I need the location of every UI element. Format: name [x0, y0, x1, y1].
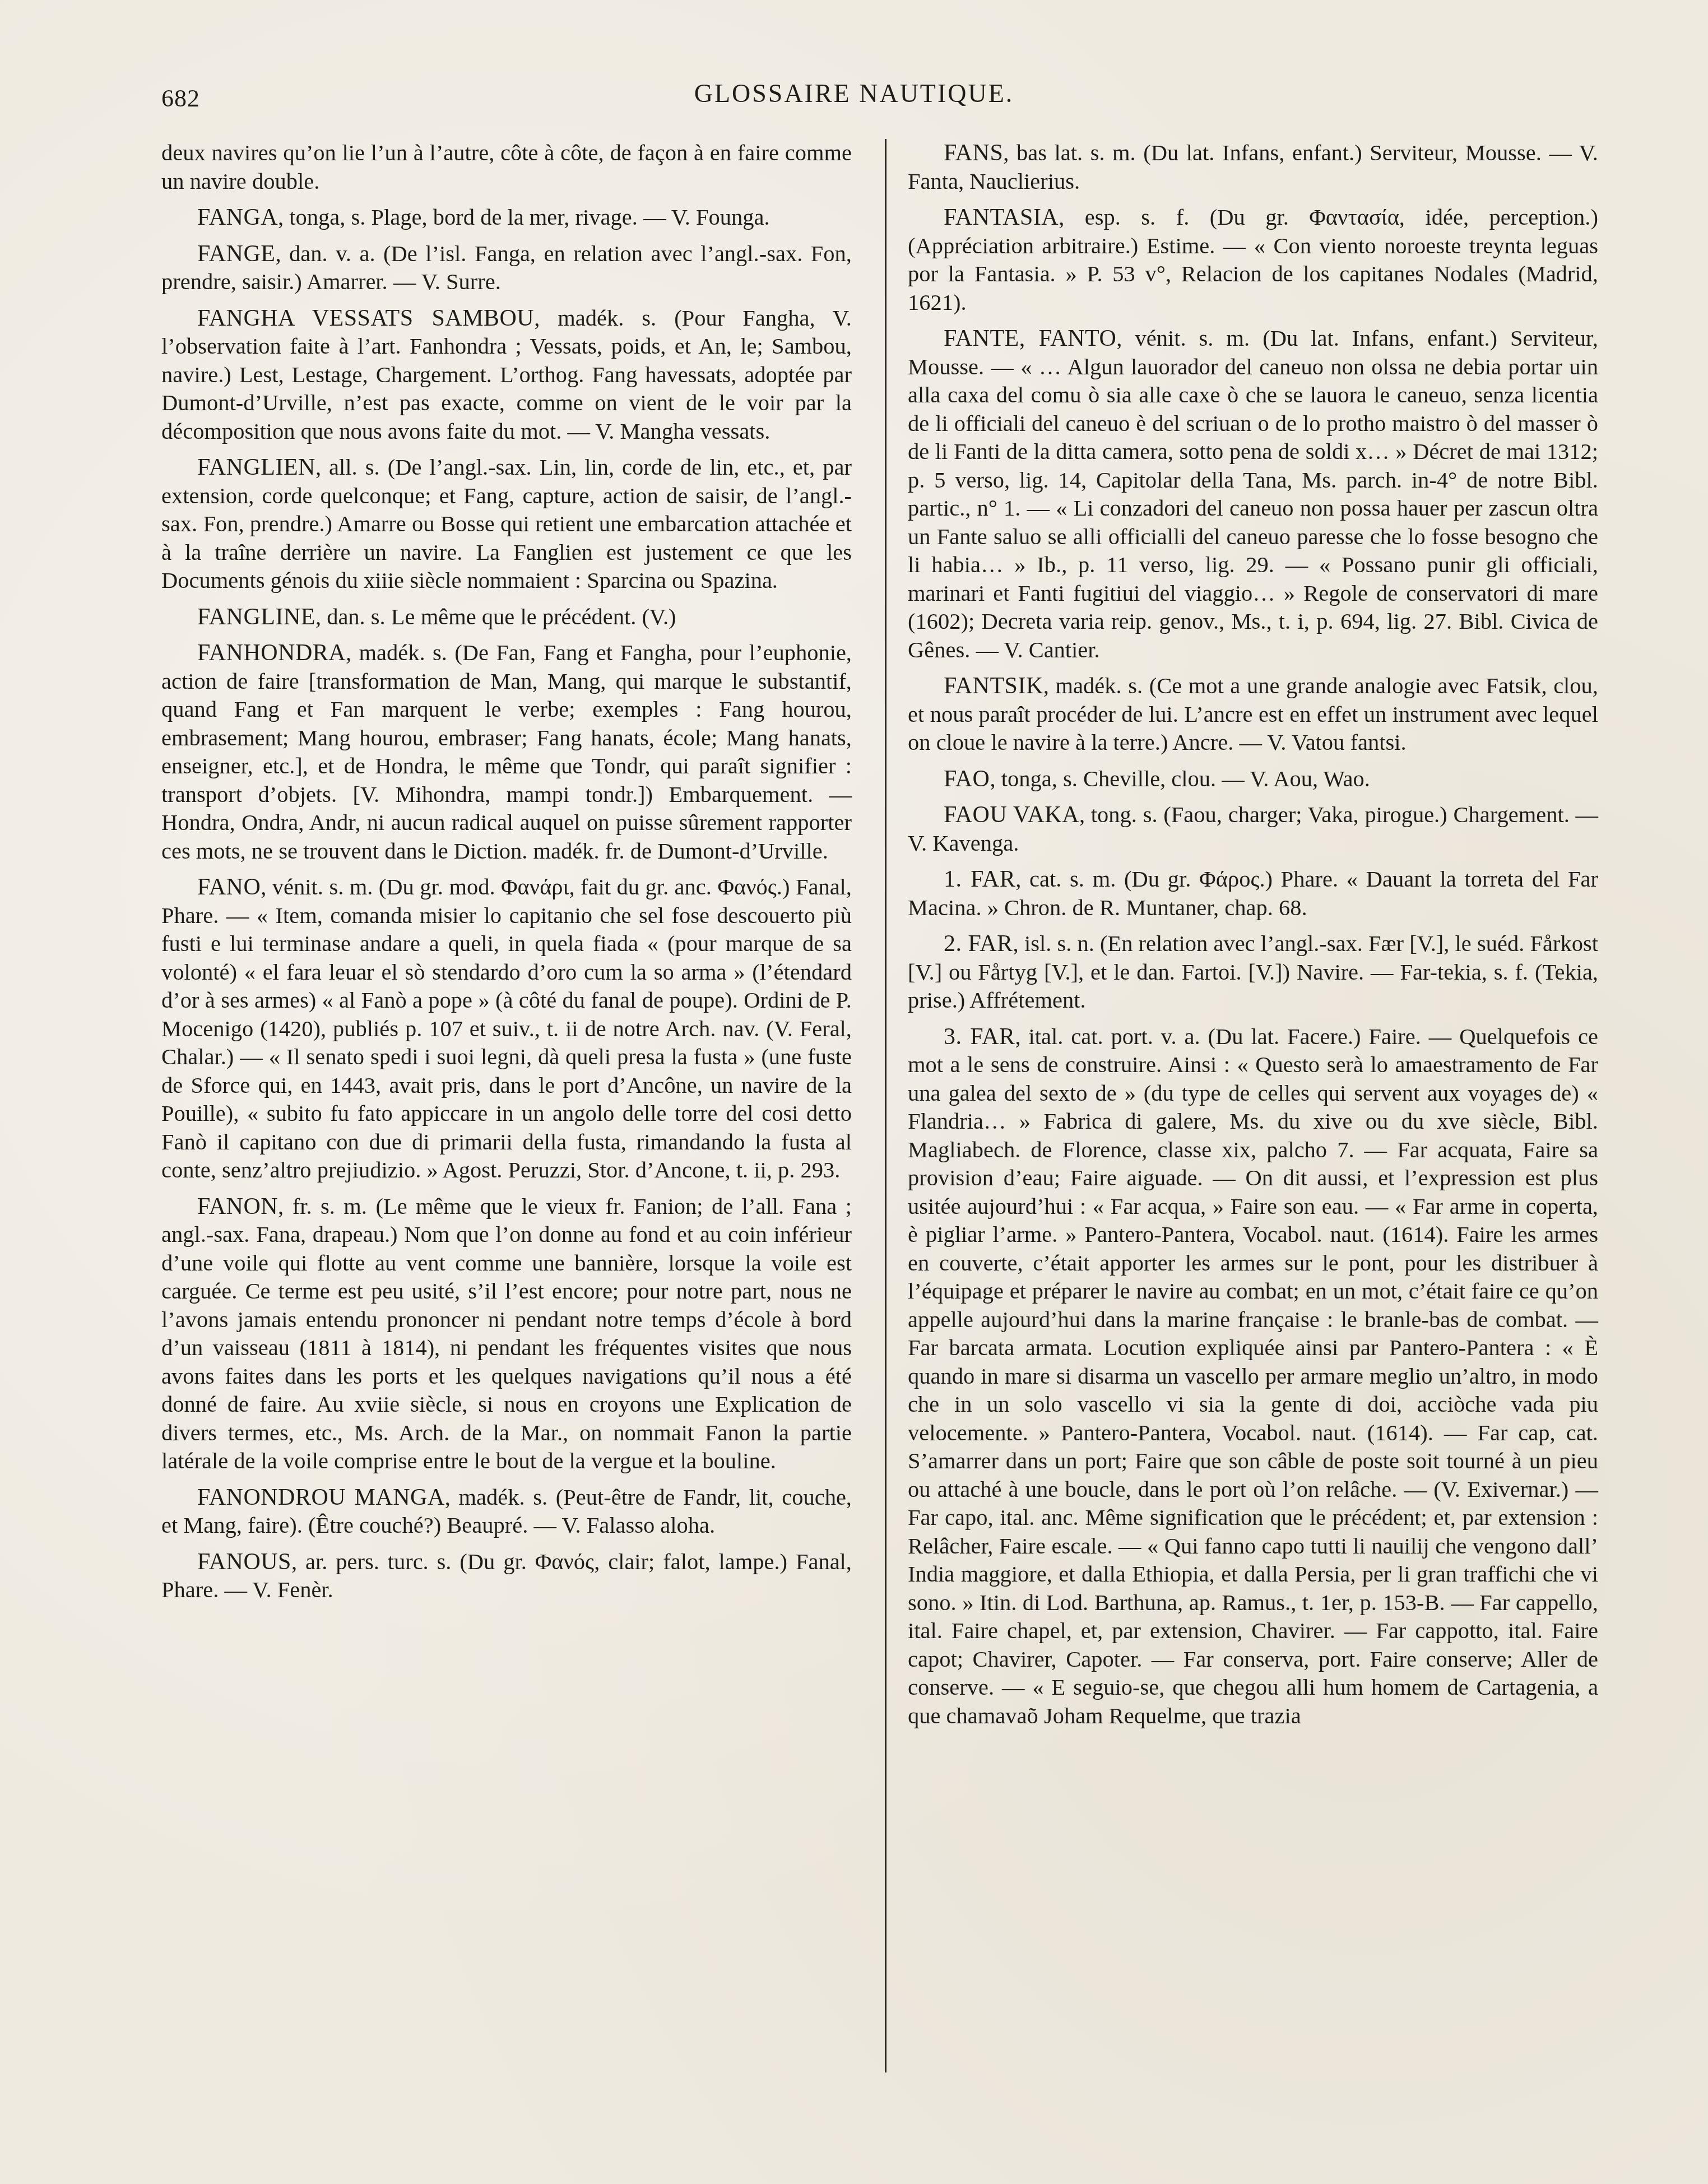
entry-headword: 3. FAR	[944, 1024, 1015, 1050]
entry-headword: FANGLIEN	[197, 455, 315, 480]
running-title: GLOSSAIRE NAUTIQUE.	[0, 78, 1708, 108]
glossary-entry: FANGLIEN, all. s. (De l’angl.-sax. Lin, …	[161, 453, 852, 595]
entry-headword: 1. FAR	[944, 866, 1015, 892]
left-column: deux navires qu’on lie l’un à l’autre, c…	[161, 139, 852, 1612]
entry-headword: FANOUS	[197, 1549, 291, 1575]
entry-text: , dan. s. Le même que le précédent. (V.)	[315, 604, 676, 629]
glossary-entry: FANGHA VESSATS SAMBOU, madék. s. (Pour F…	[161, 304, 852, 446]
glossary-entry: FANTASIA, esp. s. f. (Du gr. Φαντασία, i…	[908, 203, 1598, 317]
glossary-entry: FANOUS, ar. pers. turc. s. (Du gr. Φανός…	[161, 1548, 852, 1605]
entry-text: , vénit. s. m. (Du lat. Infans, enfant.)…	[908, 326, 1598, 662]
glossary-entry: FANS, bas lat. s. m. (Du lat. Infans, en…	[908, 139, 1598, 196]
glossary-entry: FANHONDRA, madék. s. (De Fan, Fang et Fa…	[161, 639, 852, 865]
entry-headword: FANS	[944, 140, 1003, 166]
entry-text: , fr. s. m. (Le même que le vieux fr. Fa…	[161, 1194, 852, 1474]
glossary-entry: 3. FAR, ital. cat. port. v. a. (Du lat. …	[908, 1023, 1598, 1731]
entry-headword: FANGE	[197, 241, 275, 267]
entry-headword: FANHONDRA	[197, 640, 346, 666]
glossary-entry: 1. FAR, cat. s. m. (Du gr. Φάρος.) Phare…	[908, 865, 1598, 922]
entry-headword: 2. FAR	[944, 931, 1013, 957]
glossary-entry: 2. FAR, isl. s. n. (En relation avec l’a…	[908, 930, 1598, 1015]
column-divider	[885, 139, 887, 2072]
entry-headword: FANON	[197, 1194, 278, 1219]
entry-headword: FANONDROU MANGA	[197, 1485, 445, 1510]
entry-headword: FANGA	[197, 205, 278, 230]
entry-text: , tonga, s. Cheville, clou. — V. Aou, Wa…	[990, 766, 1370, 791]
glossary-entry: FANGLINE, dan. s. Le même que le précéde…	[161, 603, 852, 632]
entry-headword: FANTASIA	[944, 205, 1059, 230]
entry-headword: FAO	[944, 766, 990, 792]
glossary-entry: FANGA, tonga, s. Plage, bord de la mer, …	[161, 203, 852, 232]
entry-headword: FANGLINE	[197, 604, 315, 630]
entry-headword: FANTSIK	[944, 673, 1043, 699]
entry-text: , madék. s. (De Fan, Fang et Fangha, pou…	[161, 640, 852, 864]
two-column-body: deux navires qu’on lie l’un à l’autre, c…	[159, 139, 1616, 2089]
page-header: 682 GLOSSAIRE NAUTIQUE.	[0, 0, 1708, 129]
glossary-entry: FAO, tonga, s. Cheville, clou. — V. Aou,…	[908, 765, 1598, 794]
glossary-entry: FANO, vénit. s. m. (Du gr. mod. Φανάρι, …	[161, 873, 852, 1185]
glossary-entry: FAOU VAKA, tong. s. (Faou, charger; Vaka…	[908, 801, 1598, 857]
entry-text: deux navires qu’on lie l’un à l’autre, c…	[161, 140, 852, 194]
entry-headword: FANTE, FANTO	[944, 326, 1116, 351]
glossary-entry: deux navires qu’on lie l’un à l’autre, c…	[161, 139, 852, 196]
entry-headword: FANGHA VESSATS SAMBOU	[197, 305, 534, 331]
glossary-entry: FANGE, dan. v. a. (De l’isl. Fanga, en r…	[161, 240, 852, 296]
glossary-entry: FANONDROU MANGA, madék. s. (Peut-être de…	[161, 1483, 852, 1540]
entry-text: , vénit. s. m. (Du gr. mod. Φανάρι, fait…	[161, 874, 852, 1183]
glossary-entry: FANTE, FANTO, vénit. s. m. (Du lat. Infa…	[908, 324, 1598, 664]
entry-text: , bas lat. s. m. (Du lat. Infans, enfant…	[908, 140, 1598, 194]
right-column: FANS, bas lat. s. m. (Du lat. Infans, en…	[908, 139, 1598, 1738]
entry-headword: FANO	[197, 874, 261, 900]
entry-headword: FAOU VAKA	[944, 802, 1079, 828]
entry-text: , ital. cat. port. v. a. (Du lat. Facere…	[908, 1024, 1598, 1728]
glossary-entry: FANON, fr. s. m. (Le même que le vieux f…	[161, 1193, 852, 1476]
entry-text: , tonga, s. Plage, bord de la mer, rivag…	[278, 205, 770, 230]
glossary-entry: FANTSIK, madék. s. (Ce mot a une grande …	[908, 672, 1598, 757]
